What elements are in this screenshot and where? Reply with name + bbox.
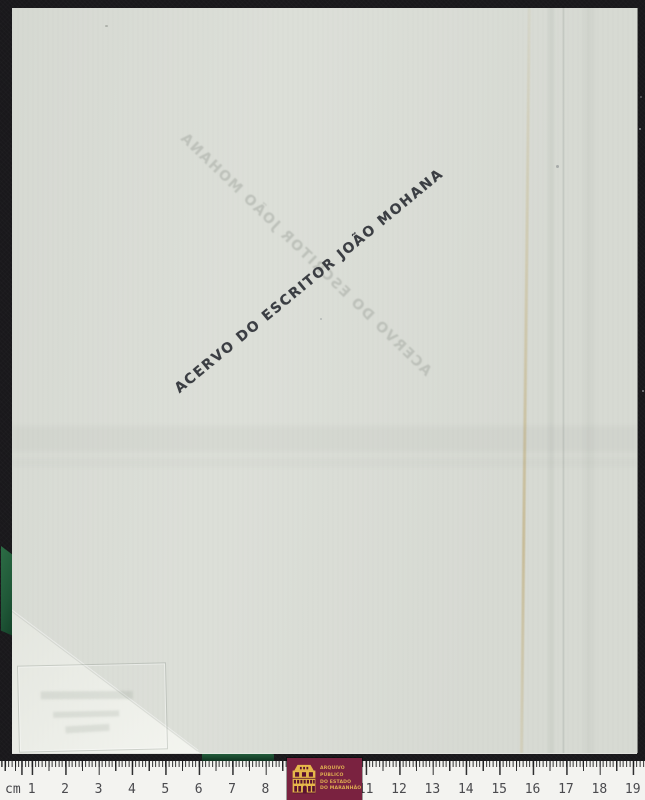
ruler-number: 15	[482, 782, 515, 797]
dust-speck	[642, 390, 644, 392]
ruler-number: 16	[516, 782, 549, 797]
ruler-number: 6	[182, 782, 215, 797]
archive-badge-text: ARQUIVOPÚBLICODO ESTADODO MARANHÃO	[320, 766, 361, 792]
ruler-number: 4	[115, 782, 148, 797]
horizontal-shading-band	[12, 458, 637, 467]
ruler-number: 13	[416, 782, 449, 797]
embossed-mark	[41, 691, 133, 699]
embossed-stamp-impression	[17, 662, 168, 752]
ruler-number: 1	[15, 782, 48, 797]
badge-text-line: PÚBLICO	[320, 773, 361, 779]
ruler-number: 2	[48, 782, 81, 797]
ruler-number: 17	[549, 782, 582, 797]
archive-badge: ARQUIVOPÚBLICODO ESTADODO MARANHÃO	[287, 758, 362, 800]
ruler-number: 8	[249, 782, 282, 797]
vertical-crease-yellow	[520, 8, 531, 753]
ruler-number: 12	[382, 782, 415, 797]
paper-speck	[105, 25, 108, 27]
ruler-number: 5	[149, 782, 182, 797]
ruler-number: 18	[583, 782, 616, 797]
vertical-crease-gray-3	[580, 8, 598, 753]
vertical-crease-gray-1	[546, 8, 556, 753]
ruler-number: 7	[215, 782, 248, 797]
badge-text-line: DO MARANHÃO	[320, 786, 361, 792]
ruler-number: 19	[616, 782, 645, 797]
vertical-crease-gray-2	[562, 8, 565, 753]
embossed-mark	[53, 710, 119, 717]
badge-text-line: DO ESTADO	[320, 780, 361, 786]
embossed-mark	[65, 724, 109, 734]
scanned-document: ACERVO DO ESCRITOR JOÃO MOHANA ACERVO DO…	[0, 0, 645, 800]
paper-sheet: ACERVO DO ESCRITOR JOÃO MOHANA ACERVO DO…	[12, 8, 637, 753]
dust-speck	[640, 96, 642, 98]
paper-speck	[556, 165, 559, 168]
archive-building-icon	[291, 764, 317, 795]
ruler-number: 14	[449, 782, 482, 797]
dust-speck	[639, 128, 641, 130]
archive-stamp-text: ACERVO DO ESCRITOR JOÃO MOHANA	[172, 179, 431, 396]
paper-speck	[320, 318, 322, 320]
horizontal-shading-band	[12, 426, 637, 452]
badge-text-line: ARQUIVO	[320, 766, 361, 772]
ruler-number: 3	[82, 782, 115, 797]
